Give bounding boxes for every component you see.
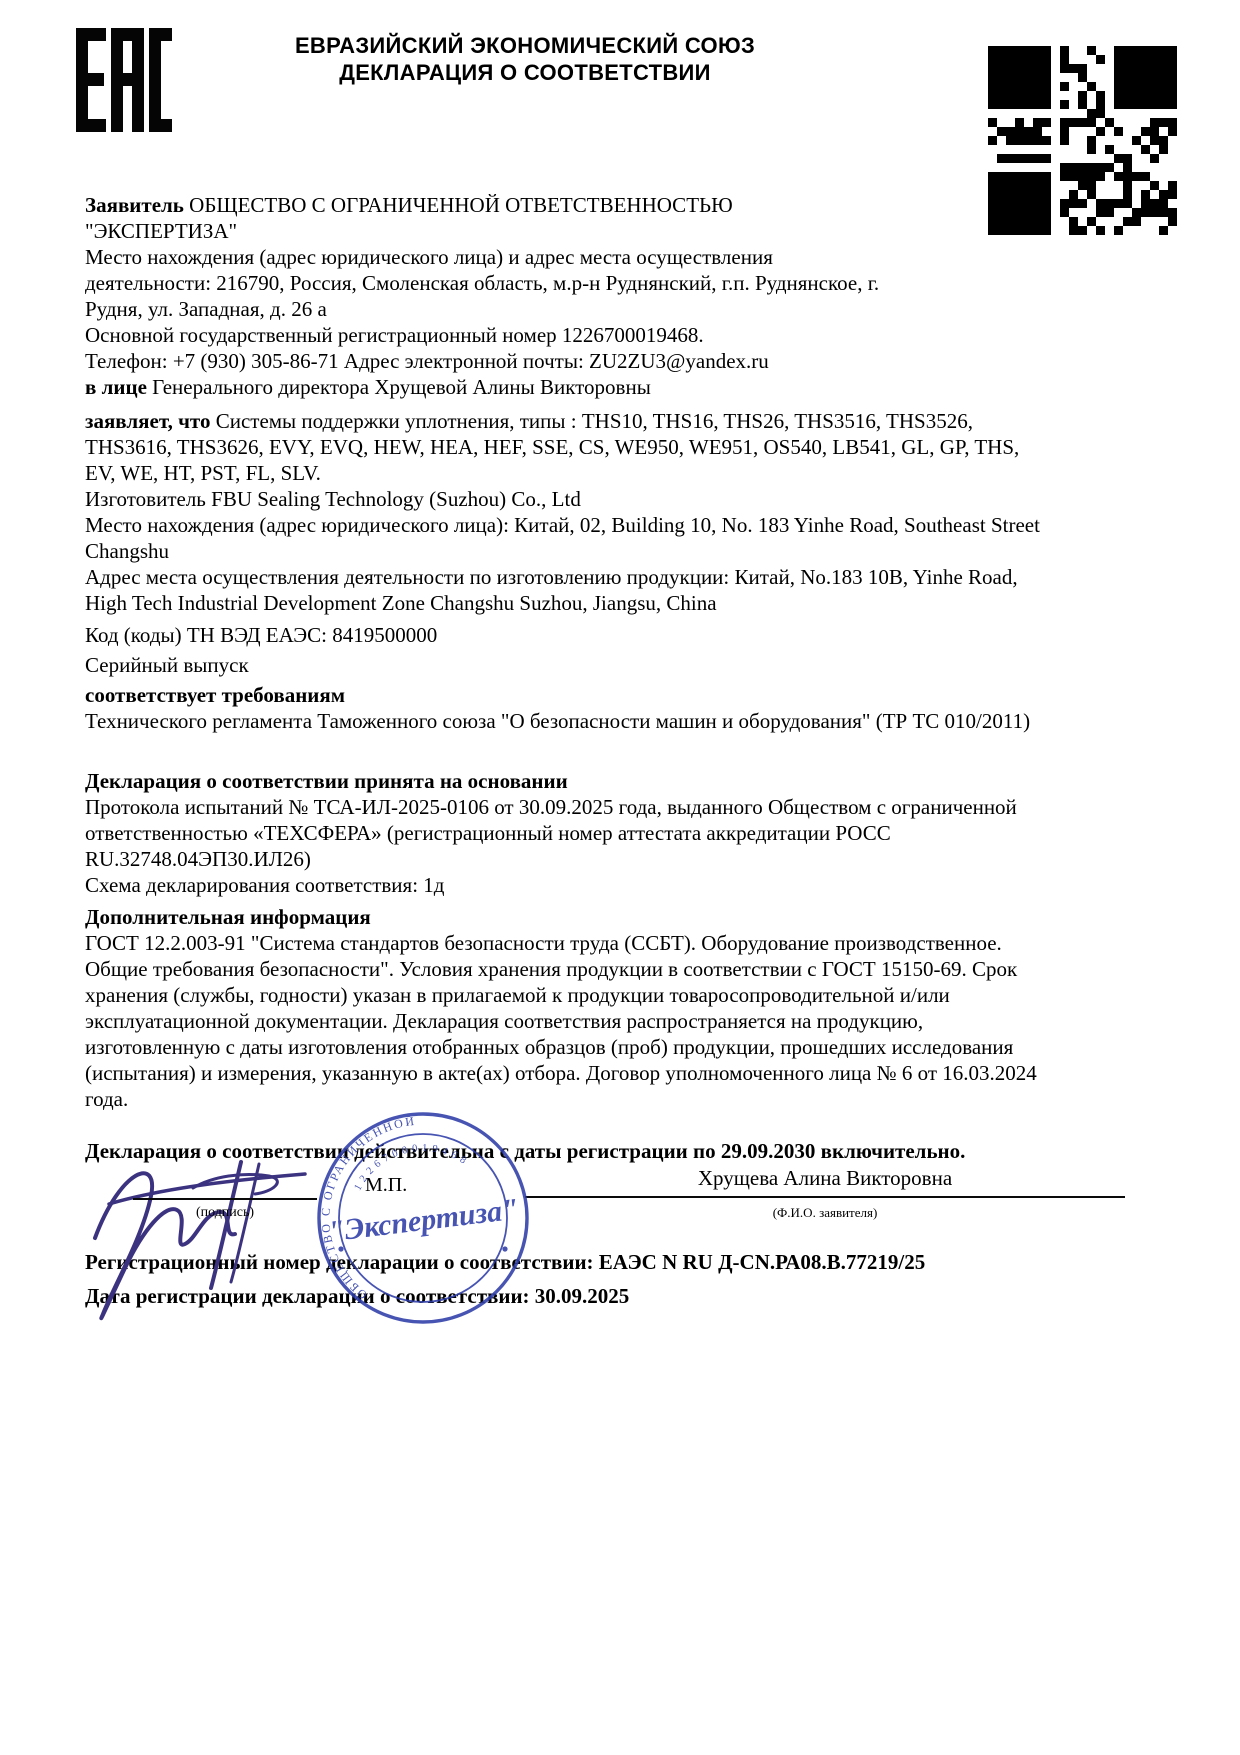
document-body: Заявитель ОБЩЕСТВО С ОГРАНИЧЕННОЙ ОТВЕТС… [85, 192, 1162, 1164]
eac-logo-icon [76, 28, 172, 137]
applicant-name: Хрущева Алина Викторовна [525, 1166, 1125, 1191]
text-run: Серийный выпуск [85, 653, 249, 677]
bold-run: Декларация о соответствии действительна … [85, 1139, 965, 1163]
text-run: Протокола испытаний № ТСА-ИЛ-2025-0106 о… [85, 795, 1017, 897]
applicant-name-line [525, 1196, 1125, 1198]
para-basis-heading: Декларация о соответствии принята на осн… [85, 768, 1162, 794]
para-regulation: Технического регламента Таможенного союз… [85, 708, 1162, 734]
para-reg-number: Регистрационный номер декларации о соотв… [85, 1249, 1162, 1275]
para-reg-date: Дата регистрации декларации о соответств… [85, 1283, 1162, 1309]
text-run: ОБЩЕСТВО С ОГРАНИЧЕННОЙ ОТВЕТСТВЕННОСТЬЮ… [85, 193, 879, 373]
signature-caption: (подпись) [133, 1204, 317, 1222]
text-run: ГОСТ 12.2.003-91 "Система стандартов без… [85, 931, 1037, 1111]
bold-run: Декларация о соответствии принята на осн… [85, 769, 568, 793]
bold-run: соответствует требованиям [85, 683, 345, 707]
bold-run: Регистрационный номер декларации о соотв… [85, 1250, 925, 1274]
stamp-place-label: М.П. [365, 1174, 407, 1197]
para-complies-heading: соответствует требованиям [85, 682, 1162, 708]
para-additional: ГОСТ 12.2.003-91 "Система стандартов без… [85, 930, 1162, 1112]
document-footer: Регистрационный номер декларации о соотв… [85, 1249, 1162, 1309]
text-run: Системы поддержки уплотнения, типы : THS… [85, 409, 1040, 615]
text-run: Генерального директора Хрущевой Алины Ви… [147, 375, 651, 399]
para-applicant: Заявитель ОБЩЕСТВО С ОГРАНИЧЕННОЙ ОТВЕТС… [85, 192, 1162, 400]
para-code: Код (коды) ТН ВЭД ЕАЭС: 8419500000 [85, 622, 1162, 648]
signature-line [133, 1198, 317, 1200]
para-basis: Протокола испытаний № ТСА-ИЛ-2025-0106 о… [85, 794, 1162, 898]
para-additional-heading: Дополнительная информация [85, 904, 1162, 930]
bold-run: в лице [85, 375, 147, 399]
bold-run: Дополнительная информация [85, 905, 371, 929]
title-line-2: ДЕКЛАРАЦИЯ О СООТВЕТСТВИИ [240, 59, 810, 86]
document-content: Заявитель ОБЩЕСТВО С ОГРАНИЧЕННОЙ ОТВЕТС… [85, 192, 1162, 1309]
para-validity: Декларация о соответствии действительна … [85, 1138, 1162, 1164]
bold-run: заявляет, что [85, 409, 210, 433]
bold-run: Заявитель [85, 193, 184, 217]
bold-run: Дата регистрации декларации о соответств… [85, 1284, 629, 1308]
document-title: ЕВРАЗИЙСКИЙ ЭКОНОМИЧЕСКИЙ СОЮЗ ДЕКЛАРАЦИ… [240, 32, 810, 86]
signature-area: Хрущева Алина Викторовна М.П. (подпись) … [85, 1164, 1162, 1249]
applicant-name-caption: (Ф.И.О. заявителя) [525, 1204, 1125, 1222]
title-line-1: ЕВРАЗИЙСКИЙ ЭКОНОМИЧЕСКИЙ СОЮЗ [240, 32, 810, 59]
declaration-document: ЕВРАЗИЙСКИЙ ЭКОНОМИЧЕСКИЙ СОЮЗ ДЕКЛАРАЦИ… [0, 0, 1240, 1755]
text-run: Технического регламента Таможенного союз… [85, 709, 1030, 733]
para-serial: Серийный выпуск [85, 652, 1162, 678]
text-run: Код (коды) ТН ВЭД ЕАЭС: 8419500000 [85, 623, 437, 647]
para-declares: заявляет, что Системы поддержки уплотнен… [85, 408, 1162, 616]
